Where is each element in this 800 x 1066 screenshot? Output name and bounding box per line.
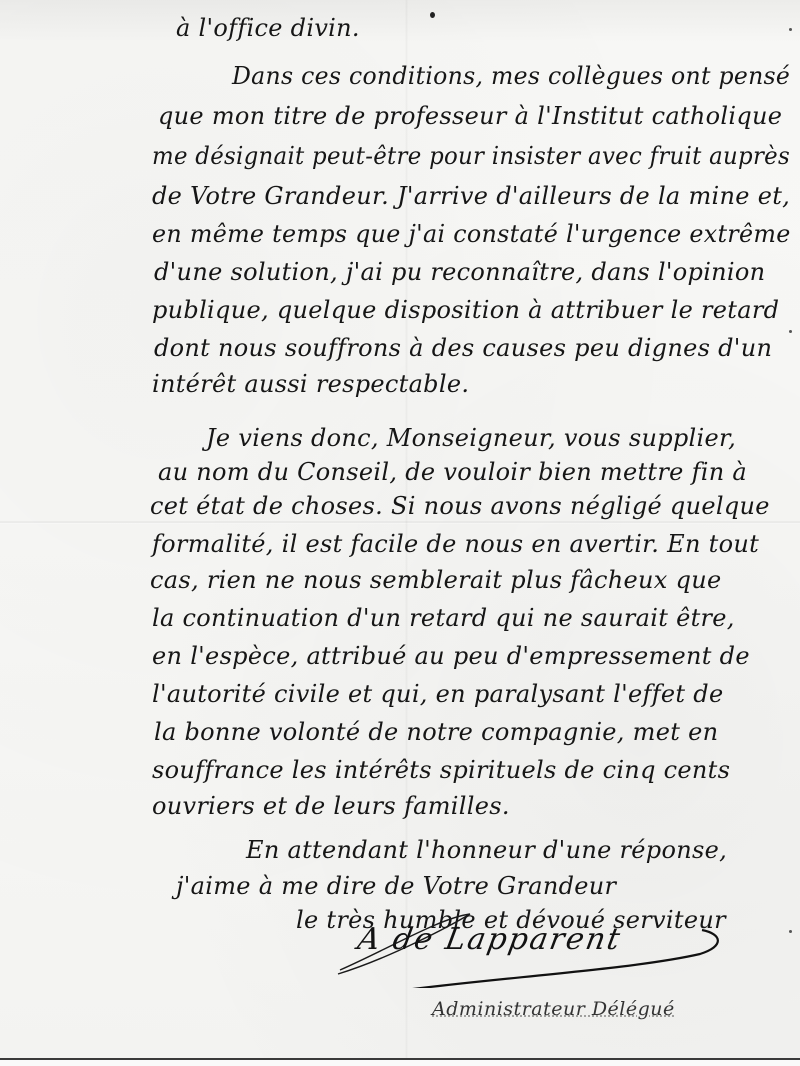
fold-crease-horizontal xyxy=(0,521,800,524)
letter-line: l'autorité civile et qui, en paralysant … xyxy=(152,680,723,708)
letter-line: Je viens donc, Monseigneur, vous supplie… xyxy=(206,424,736,452)
letter-line: Dans ces conditions, mes collègues ont p… xyxy=(232,62,790,90)
title-stamp: Administrateur Délégué xyxy=(432,998,675,1020)
closing-line: j'aime à me dire de Votre Grandeur xyxy=(176,872,616,900)
letter-line: la bonne volonté de notre compagnie, met… xyxy=(154,718,718,746)
letter-line: dont nous souffrons à des causes peu dig… xyxy=(154,334,772,362)
letter-line: de Votre Grandeur. J'arrive d'ailleurs d… xyxy=(152,182,790,210)
letter-line: cas, rien ne nous semblerait plus fâcheu… xyxy=(150,566,722,594)
letter-line: intérêt aussi respectable. xyxy=(152,370,469,398)
letter-line: ouvriers et de leurs familles. xyxy=(152,792,510,820)
letter-line: la continuation d'un retard qui ne saura… xyxy=(152,604,735,632)
ink-blot xyxy=(430,12,435,18)
letter-line: que mon titre de professeur à l'Institut… xyxy=(158,102,782,130)
letter-line: cet état de choses. Si nous avons néglig… xyxy=(150,492,770,520)
letter-page: à l'office divin. Dans ces conditions, m… xyxy=(0,0,800,1060)
letter-line: en même temps que j'ai constaté l'urgenc… xyxy=(152,220,791,248)
paper-speck xyxy=(789,28,792,31)
signature: A de Lapparent xyxy=(355,922,624,957)
letter-line: d'une solution, j'ai pu reconnaître, dan… xyxy=(154,258,765,286)
letter-line: me désignait peut-être pour insister ave… xyxy=(152,142,790,170)
letter-line: formalité, il est facile de nous en aver… xyxy=(152,530,759,558)
paper-speck xyxy=(789,330,792,333)
letter-line: publique, quelque disposition à attribue… xyxy=(152,296,779,324)
letter-line: souffrance les intérêts spirituels de ci… xyxy=(152,756,730,784)
background-strip xyxy=(0,1060,800,1066)
letter-line: en l'espèce, attribué au peu d'empressem… xyxy=(152,642,750,670)
closing-line: En attendant l'honneur d'une réponse, xyxy=(246,836,727,864)
letter-line: à l'office divin. xyxy=(176,14,360,42)
paper-speck xyxy=(789,930,792,933)
letter-line: au nom du Conseil, de vouloir bien mettr… xyxy=(158,458,747,486)
